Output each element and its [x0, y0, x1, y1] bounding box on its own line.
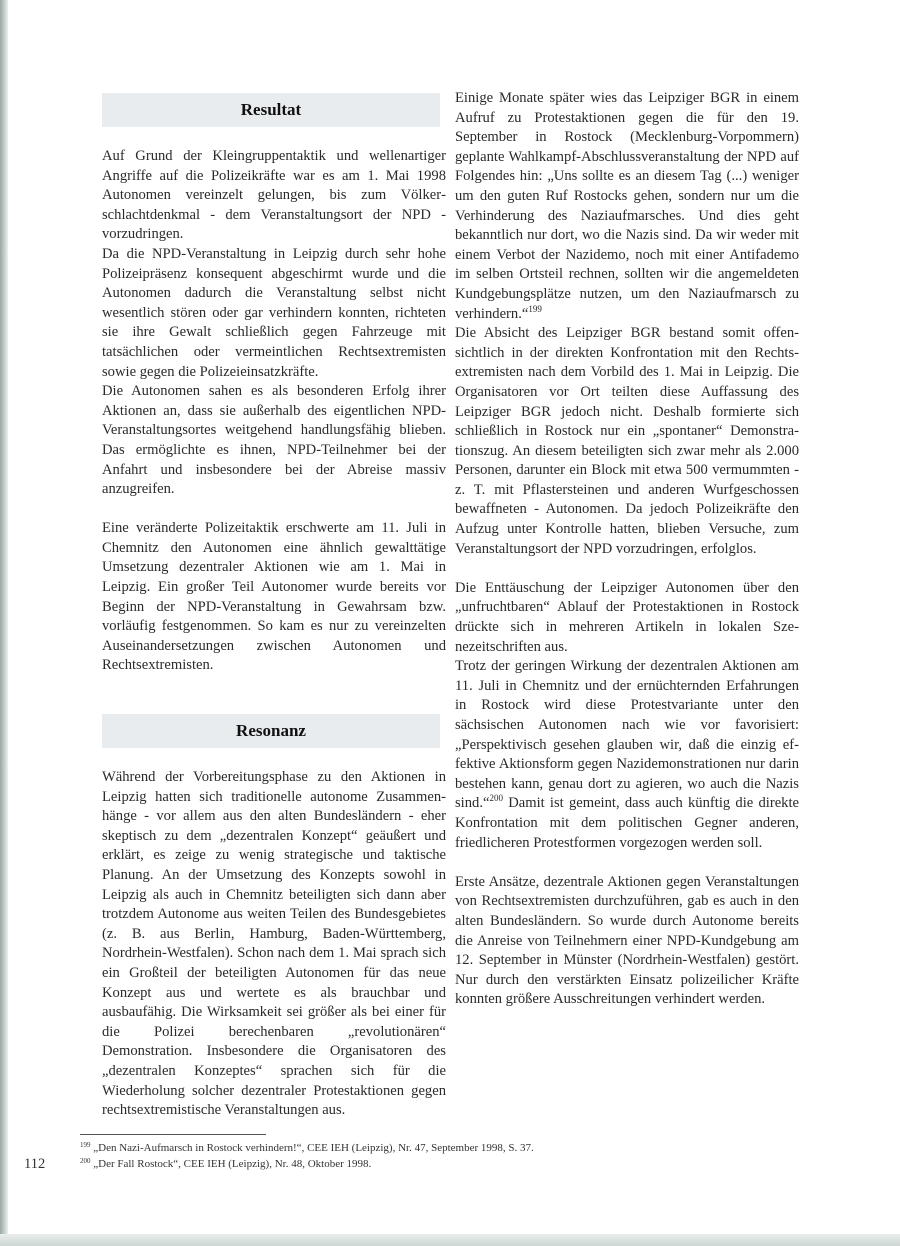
paragraph: Auf Grund der Kleingruppentaktik und wel… [102, 147, 446, 245]
footnote-text: „Der Fall Rostock“, CEE IEH (Leipzig), N… [91, 1158, 372, 1170]
paragraph: Die Enttäuschung der Leipziger Autonomen… [455, 579, 799, 657]
page-number: 112 [24, 1156, 45, 1173]
paragraph-text: Trotz der geringen Wirkung der dezentral… [455, 658, 799, 811]
paragraph: Während der Vorbereitungsphase zu den Ak… [102, 768, 446, 1121]
footnote-divider [80, 1134, 266, 1135]
paragraph: Trotz der geringen Wirkung der dezentral… [455, 657, 799, 853]
paragraph: Eine veränderte Polizeitaktik erschwerte… [102, 519, 446, 676]
right-column: Einige Monate später wies das Leipziger … [455, 89, 799, 1010]
paragraph: Einige Monate später wies das Leipziger … [455, 89, 799, 324]
footnote: 200 „Der Fall Rostock“, CEE IEH (Leipzig… [80, 1156, 720, 1172]
section-heading-resultat: Resultat [102, 93, 440, 127]
paragraph: Die Absicht des Leipziger BGR bestand so… [455, 324, 799, 559]
section-heading-resonanz: Resonanz [102, 714, 440, 748]
footnote-number: 199 [80, 1141, 91, 1149]
footnote-reference[interactable]: 199 [528, 304, 542, 314]
scan-edge-bottom [0, 1234, 900, 1246]
paragraph: Da die NPD-Veranstaltung in Leipzig durc… [102, 245, 446, 382]
paragraph-text: Damit ist gemeint, dass auch künf­tig di… [455, 795, 799, 850]
footnote-text: „Den Nazi-Aufmarsch in Rostock verhinder… [91, 1142, 534, 1154]
paragraph: Die Autonomen sahen es als besonderen Er… [102, 382, 446, 500]
scan-edge-left [0, 0, 8, 1246]
section-heading-text: Resonanz [236, 721, 306, 741]
footnote-number: 200 [80, 1157, 91, 1165]
section-heading-text: Resultat [241, 100, 301, 120]
paragraph-text: Einige Monate später wies das Leipziger … [455, 90, 799, 322]
paragraph: Erste Ansätze, dezentrale Aktionen gegen… [455, 873, 799, 1010]
footnotes: 199 „Den Nazi-Aufmarsch in Rostock verhi… [80, 1140, 720, 1172]
footnote: 199 „Den Nazi-Aufmarsch in Rostock verhi… [80, 1140, 720, 1156]
left-column: Resultat Auf Grund der Kleingruppentakti… [102, 90, 446, 1121]
footnote-reference[interactable]: 200 [489, 793, 503, 803]
